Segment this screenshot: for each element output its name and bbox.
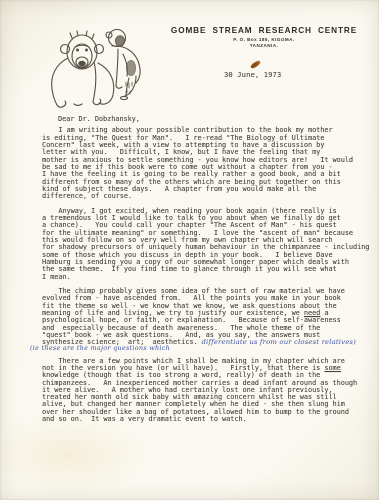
salutation: Dear Dr. Dobzhansky, [42,116,376,123]
letter-date: 30 June, 1973 [224,71,281,79]
org-name: GOMBE STREAM RESEARCH CENTRE [168,26,360,35]
handwritten-annotation-inline: differentiate us from our closest relati… [202,338,356,346]
letterhead: GOMBE STREAM RESEARCH CENTRE P. O. Box 1… [168,26,360,48]
letter-body: Dear Dr. Dobzhansky, I am writing about … [42,116,376,423]
chimpanzee-drawing [30,16,156,114]
handwritten-annotation-interline: (ie these are the major questions which [30,346,376,352]
ink-smudge [250,59,262,69]
paragraph-4-text: There are a few points which I shall be … [42,357,345,372]
paragraph-4-text-cont: knowledge (though that is too strong a w… [42,371,357,423]
address-line-1: P. O. Box 185, KIGOMA. [168,37,360,42]
paragraph-3-text: The chimp probably gives some idea of th… [42,287,345,317]
paragraph-3: The chimp probably gives some idea of th… [42,288,376,351]
letter-page: GOMBE STREAM RESEARCH CENTRE P. O. Box 1… [0,0,379,500]
underlined-word-some: some [324,364,340,372]
paragraph-2: Anyway, I got excited, when reading your… [42,208,376,281]
paragraph-1: I am writing about your possible contrib… [42,127,376,200]
paragraph-4: There are a few points which I shall be … [42,358,376,424]
address-line-2: TANZANIA. [168,43,360,48]
